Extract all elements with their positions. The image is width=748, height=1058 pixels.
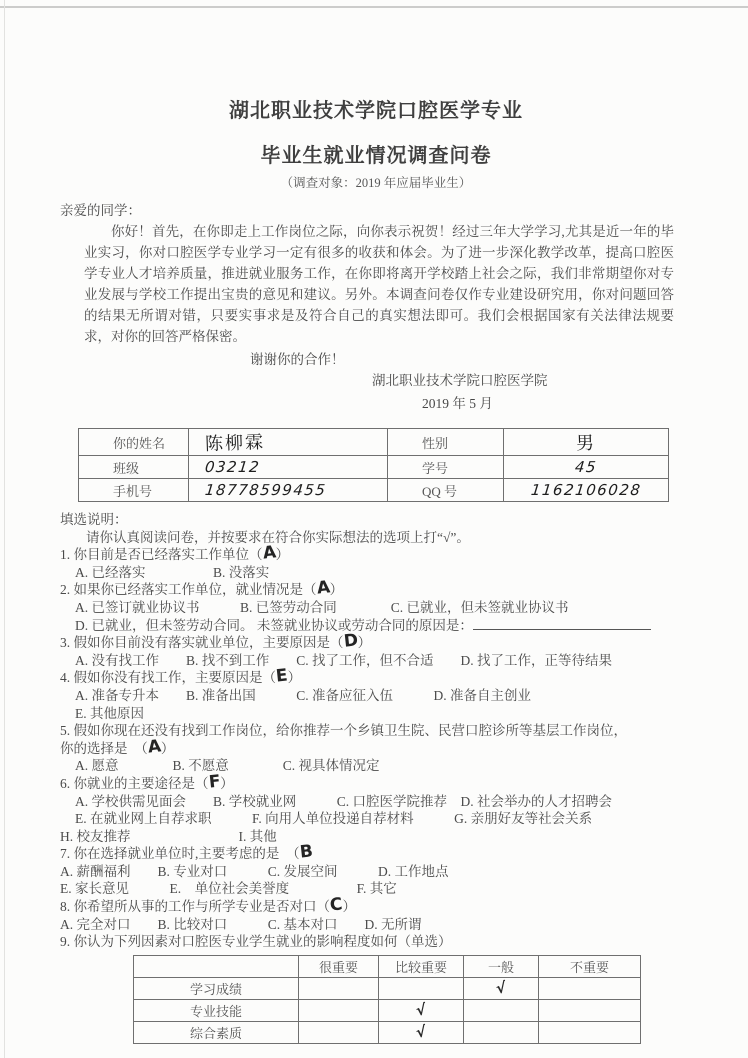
question-4-handwritten-answer: E xyxy=(275,670,288,683)
page-title: 湖北职业技术学院口腔医学专业 xyxy=(60,94,692,123)
respondent-info-table: 你的姓名 陈柳霖 性别 男 班级 03212 学号 45 手机号 1877859… xyxy=(78,428,669,502)
document-content: 湖北职业技术学院口腔医学专业 毕业生就业情况调查问卷 （调查对象：2019 年应… xyxy=(0,0,748,1044)
question-3-title: 3. 假如你目前没有落实就业单位，主要原因是（D） xyxy=(60,634,692,652)
rating-cell: √ xyxy=(379,1021,464,1043)
question-8-options: A. 完全对口 B. 比较对口 C. 基本对口 D. 无所谓 xyxy=(60,916,692,934)
question-1-title: 1. 你目前是否已经落实工作单位（A） xyxy=(60,546,692,564)
handwritten-student-number: 45 xyxy=(574,458,598,476)
rating-row-grades: 学习成绩 √ xyxy=(134,977,641,999)
instructions-heading: 填选说明： xyxy=(60,511,692,529)
handwritten-phone: 18778599455 xyxy=(204,481,327,499)
rating-cell xyxy=(464,1021,539,1043)
gender-field-value: 男 xyxy=(504,429,669,456)
checkmark: √ xyxy=(415,1001,427,1020)
rating-cell xyxy=(299,1021,379,1043)
letter-thanks: 谢谢你的合作！ xyxy=(250,348,692,368)
rating-col-fairly-important: 比较重要 xyxy=(379,955,464,977)
phone-field-label: 手机号 xyxy=(79,479,189,502)
question-6-title: 6. 你就业的主要途径是（F） xyxy=(60,775,692,793)
rating-cell xyxy=(464,999,539,1021)
question-5-options: A. 愿意 B. 不愿意 C. 视具体情况定 xyxy=(60,757,692,775)
question-7-options-line-1: A. 薪酬福利 B. 专业对口 C. 发展空间 D. 工作地点 xyxy=(60,863,692,881)
letter-salutation: 亲爱的同学： xyxy=(60,199,692,219)
rating-cell xyxy=(379,977,464,999)
question-4-options-line-2: E. 其他原因 xyxy=(60,705,692,723)
page-subtitle: 毕业生就业情况调查问卷 xyxy=(60,139,692,168)
rating-row-overall-quality: 综合素质 √ xyxy=(134,1021,641,1043)
question-2-title: 2. 如果你已经落实工作单位，就业情况是（A） xyxy=(60,581,692,599)
question-1-options: A. 已经落实 B. 没落实 xyxy=(60,564,692,582)
rating-corner-cell xyxy=(134,955,299,977)
rating-col-not-important: 不重要 xyxy=(539,955,641,977)
name-field-label: 你的姓名 xyxy=(79,429,189,456)
survey-target-line: （调查对象：2019 年应届毕业生） xyxy=(60,173,692,191)
handwritten-qq: 1162106028 xyxy=(530,481,642,499)
question-6-handwritten-answer: F xyxy=(208,775,221,788)
rating-row-label: 专业技能 xyxy=(134,999,299,1021)
rating-header-row: 很重要 比较重要 一般 不重要 xyxy=(134,955,641,977)
question-3-options: A. 没有找工作 B. 找不到工作 C. 找了工作，但不合适 D. 找了工作，正… xyxy=(60,652,692,670)
rating-row-label: 综合素质 xyxy=(134,1021,299,1043)
question-2-options-line-2: D. 已就业，但未签劳动合同。 未签就业协议或劳动合同的原因是： xyxy=(60,617,692,635)
letter-signature: 湖北职业技术学院口腔医学院 xyxy=(372,369,692,389)
question-7-options-line-2: E. 家长意见 E. 单位社会美誉度 F. 其它 xyxy=(60,880,692,898)
question-7-handwritten-answer: B xyxy=(299,846,313,859)
student-number-field-label: 学号 xyxy=(388,456,504,479)
phone-field-value: 18778599455 xyxy=(189,479,388,502)
rating-cell xyxy=(299,999,379,1021)
letter-body: 你好！首先，在你即走上工作岗位之际，向你表示祝贺！经过三年大学学习,尤其是近一年… xyxy=(84,221,674,347)
question-1-handwritten-answer: A xyxy=(262,547,276,560)
question-5-title-line-2: 你的选择是 （A） xyxy=(60,740,692,758)
scanned-questionnaire-page: 湖北职业技术学院口腔医学专业 毕业生就业情况调查问卷 （调查对象：2019 年应… xyxy=(0,0,748,1058)
rating-row-skills: 专业技能 √ xyxy=(134,999,641,1021)
question-6-options-line-2: E. 在就业网上自荐求职 F. 向用人单位投递自荐材料 G. 亲朋好友等社会关系 xyxy=(60,810,692,828)
rating-cell xyxy=(299,977,379,999)
question-6-options-line-3: H. 校友推荐 I. 其他 xyxy=(60,828,692,846)
question-2-handwritten-answer: A xyxy=(316,582,330,595)
handwritten-gender: 男 xyxy=(576,429,597,456)
rating-row-label: 学习成绩 xyxy=(134,977,299,999)
questionnaire-body: 填选说明： 请你认真阅读问卷，并按要求在符合你实际想法的选项上打“√”。 1. … xyxy=(60,511,692,951)
checkmark: √ xyxy=(415,1023,427,1042)
rating-cell xyxy=(539,977,641,999)
rating-col-very-important: 很重要 xyxy=(299,955,379,977)
question-9-title: 9. 你认为下列因素对口腔医专业学生就业的影响程度如何（单选） xyxy=(60,933,692,951)
student-number-field-value: 45 xyxy=(504,456,669,479)
handwritten-class: 03212 xyxy=(204,458,261,476)
question-7-title: 7. 你在选择就业单位时,主要考虑的是 （B xyxy=(60,845,692,863)
qq-field-value: 1162106028 xyxy=(504,479,669,502)
question-8-handwritten-answer: C xyxy=(329,898,343,911)
rating-cell xyxy=(539,999,641,1021)
info-row-phone-qq: 手机号 18778599455 QQ 号 1162106028 xyxy=(79,479,669,502)
handwritten-name: 陈柳霖 xyxy=(205,429,266,456)
rating-cell xyxy=(539,1021,641,1043)
question-5-handwritten-answer: A xyxy=(147,740,161,753)
checkmark: √ xyxy=(495,979,507,998)
instructions-text: 请你认真阅读问卷，并按要求在符合你实际想法的选项上打“√”。 xyxy=(60,529,692,547)
rating-col-average: 一般 xyxy=(464,955,539,977)
question-2-options-line-1: A. 已签订就业协议书 B. 已签劳动合同 C. 已就业，但未签就业协议书 xyxy=(60,599,692,617)
fill-in-blank xyxy=(473,618,651,630)
class-field-value: 03212 xyxy=(189,456,388,479)
rating-cell: √ xyxy=(379,999,464,1021)
info-row-name-gender: 你的姓名 陈柳霖 性别 男 xyxy=(79,429,669,456)
question-4-options-line-1: A. 准备专升本 B. 准备出国 C. 准备应征入伍 D. 准备自主创业 xyxy=(60,687,692,705)
rating-cell: √ xyxy=(464,977,539,999)
info-row-class-number: 班级 03212 学号 45 xyxy=(79,456,669,479)
gender-field-label: 性别 xyxy=(388,429,504,456)
question-8-title: 8. 你希望所从事的工作与所学专业是否对口（C） xyxy=(60,898,692,916)
question-4-title: 4. 假如你没有找工作，主要原因是（E） xyxy=(60,669,692,687)
importance-rating-table: 很重要 比较重要 一般 不重要 学习成绩 √ 专业技能 √ 综合素质 xyxy=(133,955,641,1044)
qq-field-label: QQ 号 xyxy=(388,479,504,502)
name-field-value: 陈柳霖 xyxy=(189,429,388,456)
question-3-handwritten-answer: D xyxy=(343,634,358,647)
class-field-label: 班级 xyxy=(79,456,189,479)
question-6-options-line-1: A. 学校供需见面会 B. 学校就业网 C. 口腔医学院推荐 D. 社会举办的人… xyxy=(60,793,692,811)
letter-date: 2019 年 5 月 xyxy=(422,392,692,412)
